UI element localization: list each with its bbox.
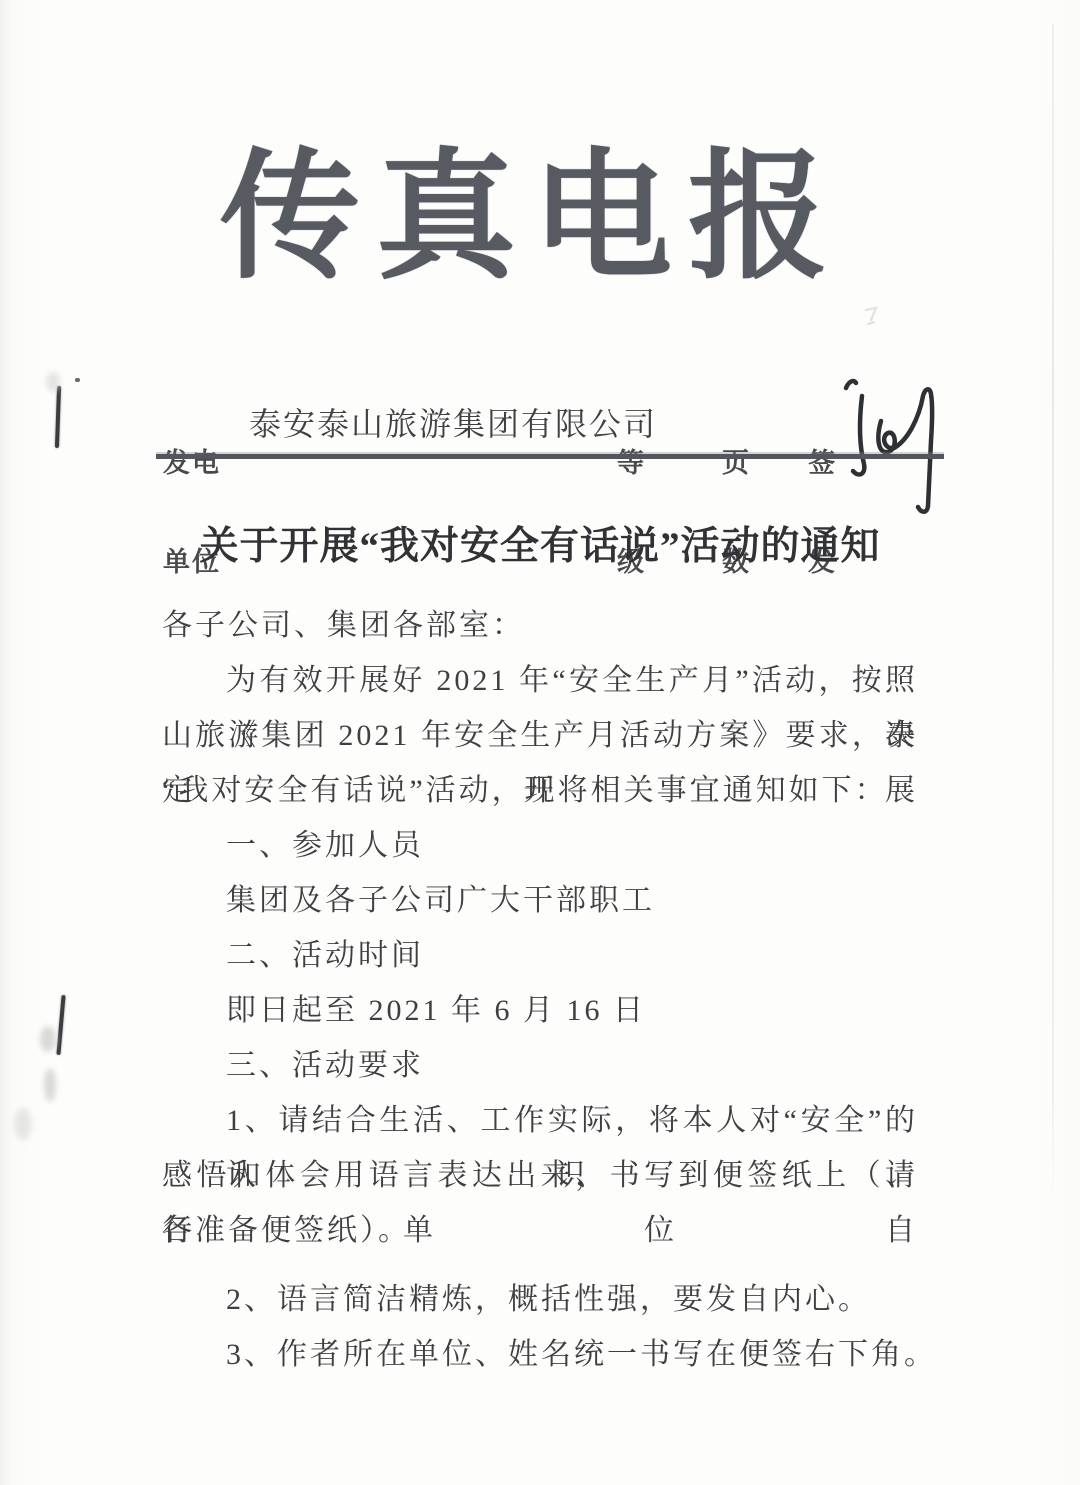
staple-mark-top: [55, 386, 61, 448]
header-divider-rule: [156, 454, 944, 459]
body-line: 山旅游集团 2021 年安全生产月活动方案》要求，决定开展: [162, 708, 918, 763]
body-line: 2、语言简洁精炼，概括性强，要发自内心。: [162, 1272, 918, 1327]
faint-artifact-mark: [864, 306, 880, 332]
scan-smudge: [14, 1108, 32, 1140]
staple-mark-bottom: [56, 995, 65, 1055]
body-line: 三、活动要求: [162, 1038, 918, 1093]
body-line: 为有效开展好 2021 年“安全生产月”活动，按照《泰: [162, 653, 918, 708]
scan-smudge: [46, 372, 60, 392]
body-line: 一、参加人员: [162, 818, 918, 873]
scanned-fax-telegram-page: 传真电报 发电 单位 泰安泰山旅游集团有限公司 等 级 页 数 签 发 关于开展…: [0, 0, 1080, 1485]
sender-label-line1: 发电: [163, 447, 221, 480]
handwritten-signature-icon: [826, 366, 976, 521]
body-line: 二、活动时间: [162, 928, 918, 983]
body-line: 1、请结合生活、工作实际，将本人对“安全”的认识、: [162, 1093, 918, 1148]
body-line: “我对安全有话说”活动，现将相关事宜通知如下：: [162, 763, 918, 818]
document-body: 各子公司、集团各部室： 为有效开展好 2021 年“安全生产月”活动，按照《泰 …: [162, 598, 918, 1382]
body-line: 即日起至 2021 年 6 月 16 日: [162, 983, 918, 1038]
pages-label-line1: 页: [722, 447, 760, 480]
body-line: 集团及各子公司广大干部职工: [162, 873, 918, 928]
scan-smudge: [44, 1068, 56, 1102]
ink-speck: [75, 378, 80, 382]
sender-unit-value: 泰安泰山旅游集团有限公司: [249, 399, 657, 445]
scan-smudge: [40, 1026, 56, 1052]
document-title: 关于开展“我对安全有话说”活动的通知: [0, 515, 1080, 571]
fax-banner-title: 传真电报: [0, 142, 1080, 296]
body-line: 3、作者所在单位、姓名统一书写在便签右下角。: [162, 1327, 918, 1382]
grade-label-line1: 等: [617, 447, 655, 480]
body-line: 各子公司、集团各部室：: [162, 598, 918, 653]
body-line: 感悟和体会用语言表达出来，书写到便签纸上（请各单位自: [162, 1148, 918, 1203]
